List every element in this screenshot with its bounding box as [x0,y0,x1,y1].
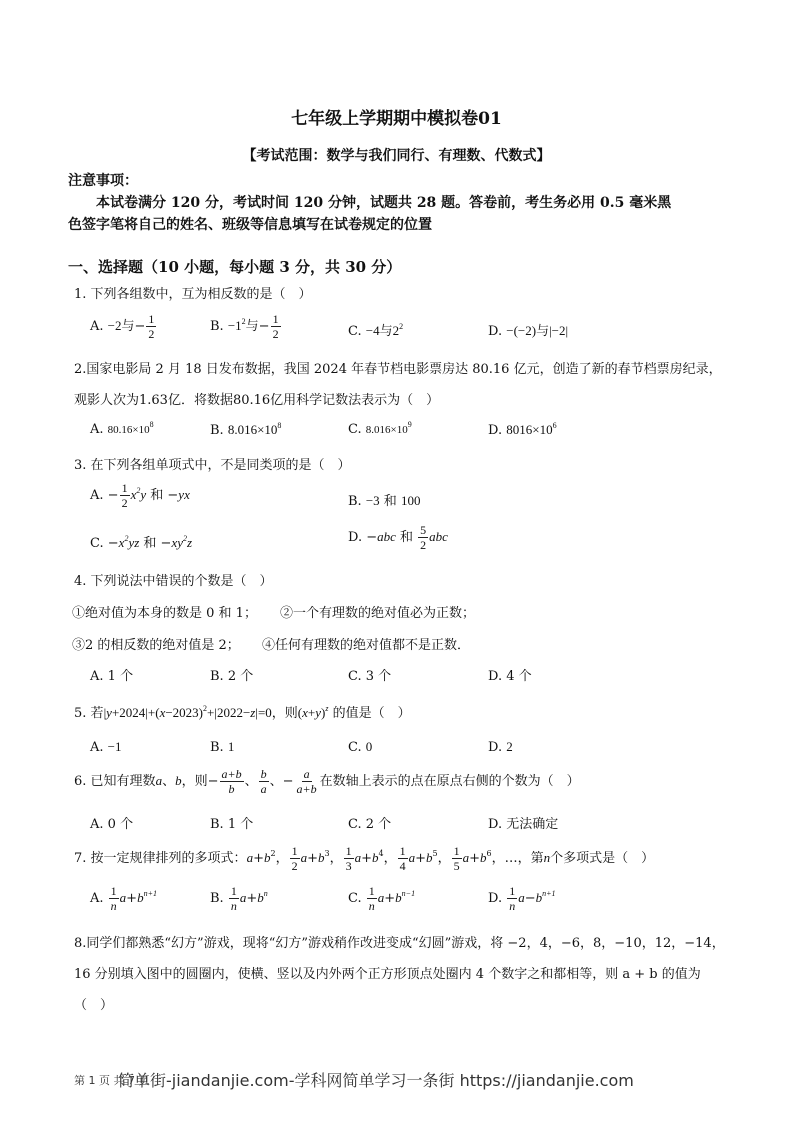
q4-option-c[interactable]: C. 3 个 [348,665,391,684]
q5-option-c[interactable]: C. 0 [348,739,372,755]
question-8-line-2: 16 分别填入图中的圆圈内，使横、竖以及内外两个正方形顶点处圈内 4 个数字之和… [74,963,701,982]
page-title: 七年级上学期期中模拟卷01 [0,104,793,129]
q4-option-d[interactable]: D. 4 个 [488,665,532,684]
q2-option-c[interactable]: C. 8.016×109 [348,422,412,437]
q6-option-c[interactable]: C. 2 个 [348,813,391,832]
q6-option-d[interactable]: D. 无法确定 [488,813,558,832]
q4-statement-3: ③2 的相反数的绝对值是 2； [72,634,240,653]
question-stem: 下列各组数中，互为相反数的是（ ） [91,287,312,302]
q5-option-a[interactable]: A. −1 [90,739,122,755]
notice-line-1: 本试卷满分 120 分，考试时间 120 分钟，试题共 28 题。答卷前，考生务… [96,192,671,212]
question-8-line-1: 8.同学们都熟悉“幻方”游戏，现将“幻方”游戏稍作改进变成“幻圆”游戏，将 −2… [74,932,725,951]
q4-statement-2: ②一个有理数的绝对值必为正数； [280,602,475,621]
notice-line-2: 色签字笔将自己的姓名、班级等信息填写在试卷规定的位置 [68,214,432,234]
notice-heading: 注意事项： [68,170,138,190]
q4-option-a[interactable]: A. 1 个 [90,665,133,684]
q3-option-c[interactable]: C. −x2yz 和 −xy2z [90,532,192,551]
q2-option-b[interactable]: B. 8.016×108 [210,422,281,438]
question-7: 7. 按一定规律排列的多项式：a+b2，12a+b3，13a+b4，14a+b5… [74,845,654,872]
question-6: 6. 已知有理数a、b，则−a+bb、ba、−aa+b在数轴上表示的点在原点右侧… [74,768,580,795]
q2-option-d[interactable]: D. 8016×106 [488,422,557,438]
q5-option-d[interactable]: D. 2 [488,739,513,755]
question-number: 1. [74,287,86,302]
q7-option-b[interactable]: B. 1na+bn [210,885,268,912]
q6-option-b[interactable]: B. 1 个 [210,813,253,832]
q7-option-d[interactable]: D. 1na−bn+1 [488,885,556,912]
q1-option-d[interactable]: D. −(−2)与|−2| [488,320,568,339]
q4-statement-4: ④任何有理数的绝对值都不是正数． [262,634,470,653]
q6-option-a[interactable]: A. 0 个 [90,813,133,832]
watermark: 简单街-jiandanjie.com-学科网简单学习一条街 https://ji… [118,1068,634,1091]
q1-option-c[interactable]: C. −4与22 [348,320,403,339]
question-4: 4. 下列说法中错误的个数是（ ） [74,570,273,589]
q1-option-a[interactable]: A. −2与−12 [90,313,157,340]
q3-option-b[interactable]: B. −3 和 100 [348,490,420,509]
question-8-line-3: （ ） [74,994,113,1013]
question-5: 5. 若|y+2024|+(x−2023)2+|2022−z|=0，则(x+y)… [74,702,411,721]
exam-scope: 【考试范围：数学与我们同行、有理数、代数式】 [0,145,793,165]
question-1: 1. 下列各组数中，互为相反数的是（ ） [74,283,312,302]
q5-option-b[interactable]: B. 1 [210,739,234,755]
q2-option-a[interactable]: A. 80.16×108 [90,422,154,437]
q7-option-c[interactable]: C. 1na+bn−1 [348,885,415,912]
exam-page: 七年级上学期期中模拟卷01 【考试范围：数学与我们同行、有理数、代数式】 注意事… [0,0,793,1122]
q7-option-a[interactable]: A. 1na+bn+1 [90,885,157,912]
q4-option-b[interactable]: B. 2 个 [210,665,253,684]
question-3: 3. 在下列各组单项式中，不是同类项的是（ ） [74,454,351,473]
question-2-line-2: 观影人次为1.63亿．将数据80.16亿用科学记数法表示为（ ） [74,389,439,408]
question-2-line-1: 2.国家电影局 2 月 18 日发布数据，我国 2024 年春节档电影票房达 8… [74,358,722,377]
q1-option-b[interactable]: B. −12与−12 [210,313,282,340]
q4-statement-1: ①绝对值为本身的数是 0 和 1； [72,602,257,621]
section-heading: 一、选择题（10 小题，每小题 3 分，共 30 分） [68,256,401,277]
q3-option-a[interactable]: A. −12x2y 和 −yx [90,482,190,509]
q3-option-d[interactable]: D. −abc 和 52abc [348,524,448,551]
